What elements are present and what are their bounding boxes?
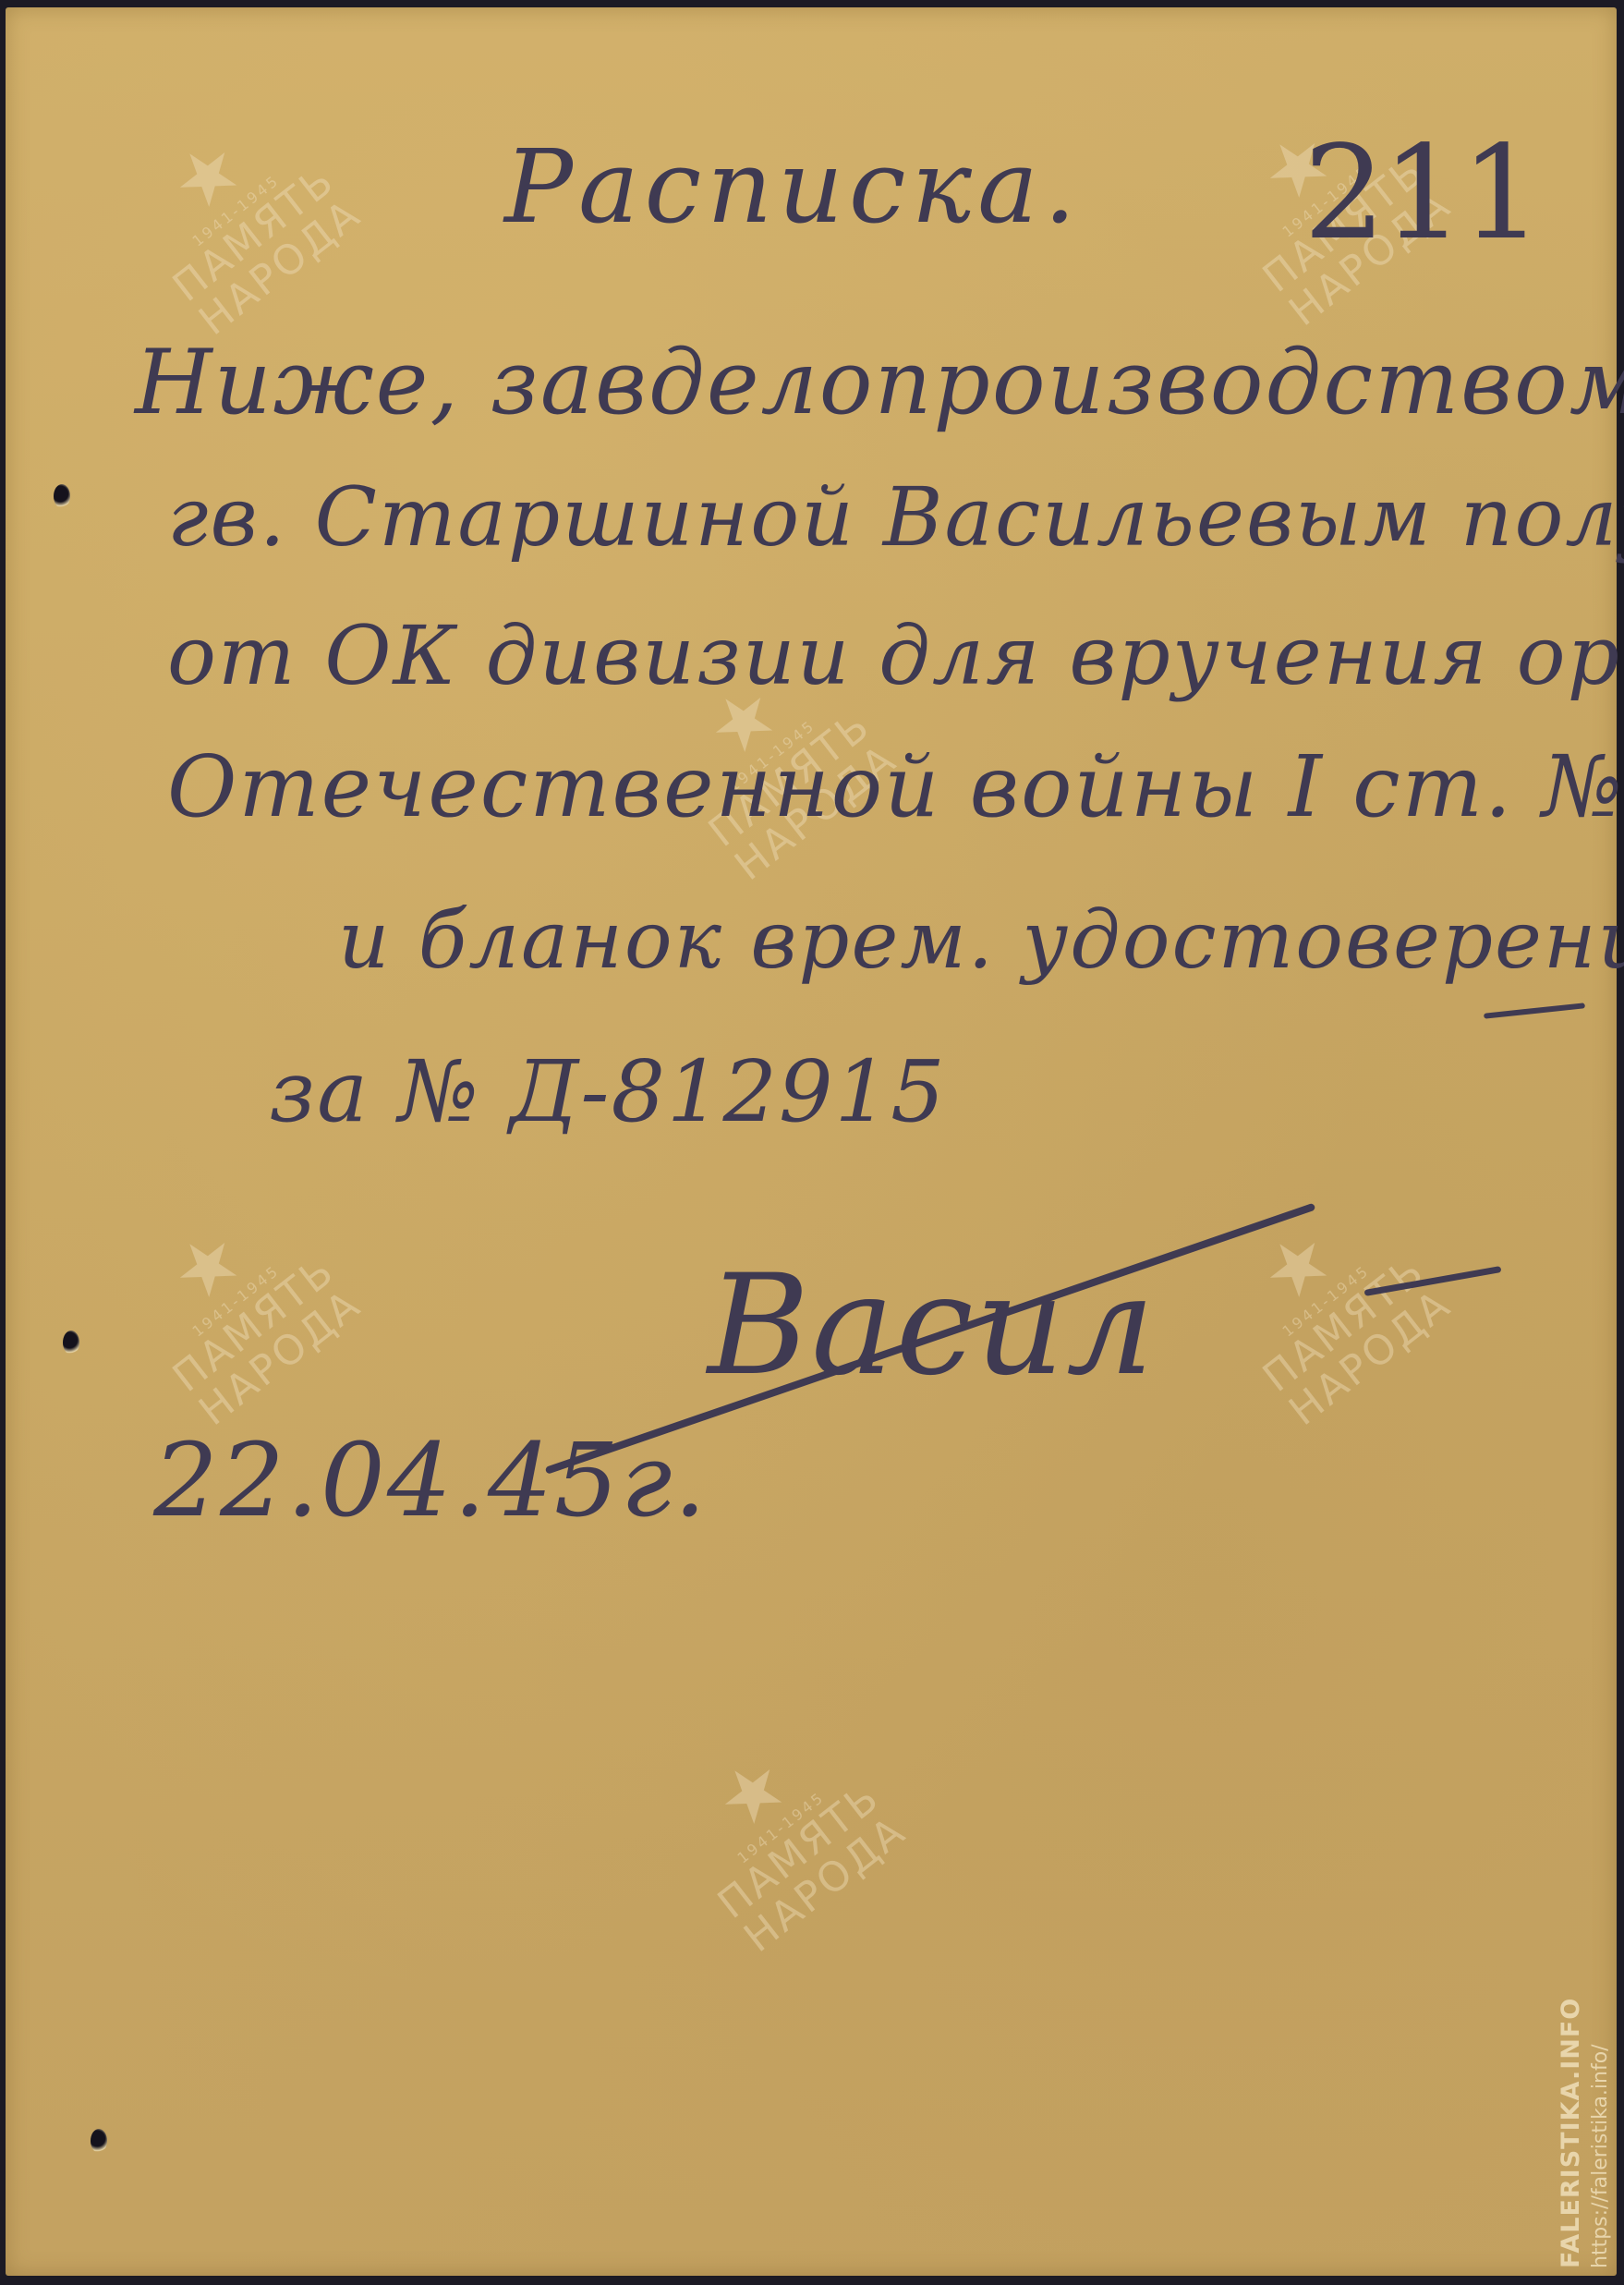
text-line-4: Отечественной войны I ст. № 129190.: [167, 737, 1624, 836]
text-line-3: от ОК дивизии для вручения орден: [167, 608, 1624, 703]
watermark: ★ 1941-1945 ПАМЯТЬ НАРОДА: [655, 1704, 914, 1960]
credit-url: https://faleristika.info/: [1589, 1998, 1612, 2268]
source-credit: FALERISTIKA.INFO https://faleristika.inf…: [1557, 1998, 1612, 2268]
document-date: 22.04.45г.: [153, 1421, 708, 1539]
underline-stroke: [1484, 1003, 1585, 1018]
document-title: Расписка.: [504, 128, 1082, 246]
page-number: 211: [1303, 118, 1539, 269]
document-page: ★ 1941-1945 ПАМЯТЬ НАРОДА ★ 1941-1945 ПА…: [6, 7, 1617, 2276]
text-line-6: за № Д-812915: [269, 1042, 947, 1141]
signature: Васил: [708, 1246, 1157, 1406]
punch-hole: [91, 2129, 107, 2153]
punch-hole: [63, 1331, 79, 1355]
text-line-1: Ниже, завделопроизводством Ичсп: [135, 331, 1624, 434]
punch-hole: [54, 484, 70, 508]
text-line-2: гв. Старшиной Васильевым получено: [167, 469, 1624, 565]
watermark: ★ 1941-1945 ПАМЯТЬ НАРОДА: [110, 87, 369, 343]
watermark: ★ 1941-1945 ПАМЯТЬ НАРОДА: [110, 1177, 369, 1433]
credit-brand: FALERISTIKA.INFO: [1557, 1998, 1585, 2268]
watermark: ★ 1941-1945 ПАМЯТЬ НАРОДА: [1200, 1177, 1459, 1433]
text-line-5: и бланок врем. удостоверения: [338, 894, 1624, 987]
